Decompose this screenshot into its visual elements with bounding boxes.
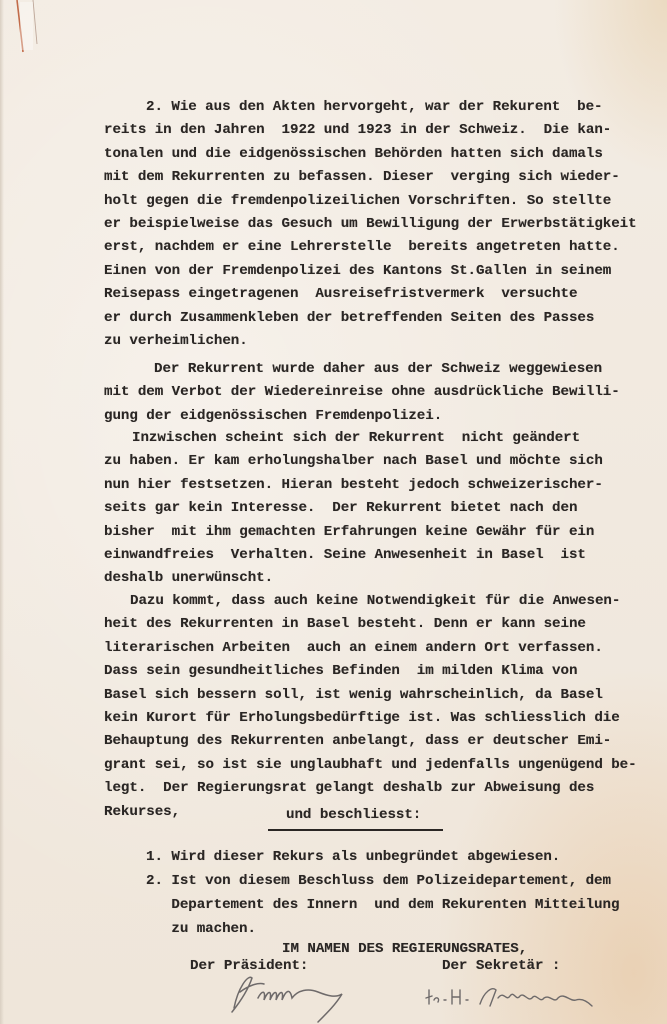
text-line: nun hier festsetzen. Hieran besteht jedo…: [104, 476, 603, 494]
text-line: Rekurses,: [104, 803, 180, 821]
text-line: bisher mit ihm gemachten Erfahrungen kei…: [104, 523, 594, 541]
resolution-underline: [268, 829, 443, 831]
text-line: kein Kurort für Erholungsbedürftige ist.…: [104, 709, 620, 727]
text-line: er durch Zusammenkleben der betreffenden…: [104, 309, 594, 327]
text-line: zu haben. Er kam erholungshalber nach Ba…: [104, 452, 603, 470]
text-line: Dazu kommt, dass auch keine Notwendigkei…: [130, 592, 620, 610]
text-line: Der Rekurrent wurde daher aus der Schwei…: [154, 360, 602, 378]
text-line: deshalb unerwünscht.: [104, 569, 273, 587]
text-line: seits gar kein Interesse. Der Rekurrent …: [104, 499, 577, 517]
text-line: grant sei, so ist sie unglaubhaft und je…: [104, 756, 637, 774]
text-line: reits in den Jahren 1922 und 1923 in der…: [104, 121, 611, 139]
resolution-item: 2. Ist von diesem Beschluss dem Polizeid…: [146, 872, 611, 890]
text-line: heit des Rekurrenten in Basel besteht. D…: [104, 615, 586, 633]
signature-heading: IM NAMEN DES REGIERUNGSRATES,: [282, 940, 527, 958]
resolution-heading: und beschliesst:: [286, 806, 421, 824]
text-line: erst, nachdem er eine Lehrerstelle berei…: [104, 238, 620, 256]
text-line: Einen von der Fremdenpolizei des Kantons…: [104, 262, 611, 280]
secretary-label: Der Sekretär :: [442, 957, 560, 975]
text-line: Basel sich bessern soll, ist wenig wahrs…: [104, 686, 603, 704]
secretary-signature-icon: [420, 976, 610, 1020]
resolution-item: zu machen.: [146, 920, 256, 938]
president-signature-icon: [218, 968, 368, 1024]
text-line: Reisepass eingetragenen Ausreisefristver…: [104, 285, 577, 303]
text-line: zu verheimlichen.: [104, 332, 248, 350]
text-line: einwandfreies Verhalten. Seine Anwesenhe…: [104, 546, 586, 564]
text-line: legt. Der Regierungsrat gelangt deshalb …: [104, 779, 594, 797]
text-line: Behauptung des Rekurrenten anbelangt, da…: [104, 732, 611, 750]
text-line: gung der eidgenössischen Fremdenpolizei.: [104, 407, 442, 425]
text-line: Dass sein gesundheitliches Befinden im m…: [104, 662, 577, 680]
text-line: tonalen und die eidgenössischen Behörden…: [104, 145, 603, 163]
text-line: Inzwischen scheint sich der Rekurrent ni…: [132, 429, 580, 447]
text-line: mit dem Verbot der Wiedereinreise ohne a…: [104, 383, 620, 401]
text-line: er beispielweise das Gesuch um Bewilligu…: [104, 215, 637, 233]
paperclip-rust-mark-icon: [15, 0, 39, 55]
text-line: 2. Wie aus den Akten hervorgeht, war der…: [146, 98, 603, 116]
resolution-item: 1. Wird dieser Rekurs als unbegründet ab…: [146, 848, 560, 866]
resolution-item: Departement des Innern und dem Rekurente…: [146, 896, 619, 914]
text-line: mit dem Rekurrenten zu befassen. Dieser …: [104, 168, 620, 186]
text-line: literarischen Arbeiten auch an einem and…: [104, 639, 603, 657]
text-line: holt gegen die fremdenpolizeilichen Vors…: [104, 192, 611, 210]
page-edge: [0, 0, 4, 1024]
